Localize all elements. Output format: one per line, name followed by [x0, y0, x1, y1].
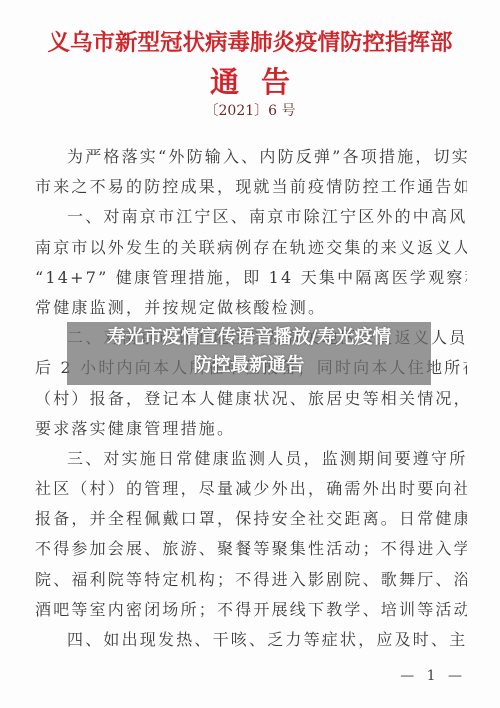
- notice-title: 通告: [0, 64, 500, 100]
- body-line: 不得参加会展、旅游、聚餐等聚集性活动；不得进入学校、养老: [35, 534, 467, 564]
- body-line: 南京市以外发生的关联病例存在轨迹交集的来义返义人员实行: [35, 233, 467, 263]
- body-line: 要求落实健康管理措施。: [35, 414, 467, 444]
- org-title: 义乌市新型冠状病毒肺炎疫情防控指挥部: [0, 28, 500, 58]
- body-line: 院、福利院等特定机构；不得进入影剧院、歌舞厅、浴室、网吧、: [35, 565, 467, 595]
- body-line: 为严格落实“外防输入、内防反弹”各项措施，切实巩固我: [35, 142, 467, 172]
- caption-line-2: 防控最新通告: [67, 352, 431, 380]
- caption-overlay-text: 寿光市疫情宣传语音播放/寿光疫情 防控最新通告: [67, 324, 431, 380]
- body-line: 三、对实施日常健康监测人员，监测期间要遵守所在镇街、: [35, 444, 467, 474]
- body-line: 四、如出现发热、干咳、乏力等症状，应及时、主动向所在: [35, 625, 467, 655]
- body-line: 酒吧等室内密闭场所；不得开展线下教学、培训等活动。: [35, 595, 467, 625]
- body-line: 常健康监测，并按规定做核酸检测。: [35, 293, 467, 323]
- body-line: 报备，并全程佩戴口罩，保持安全社交距离。日常健康监测人员: [35, 504, 467, 534]
- body-line: 社区（村）的管理，尽量减少外出，确需外出时要向社区（村）: [35, 474, 467, 504]
- caption-line-1: 寿光市疫情宣传语音播放/寿光疫情: [67, 324, 431, 352]
- body-line: （村）报备，登记本人健康状况、旅居史等相关情况，并按上级: [35, 384, 467, 414]
- doc-number: 〔2021〕6 号: [0, 101, 500, 121]
- page-number: — 1 —: [400, 668, 466, 684]
- body-line: 一、对南京市江宁区、南京市除江宁区外的中高风险地区、: [35, 202, 467, 232]
- notice-body: 为严格落实“外防输入、内防反弹”各项措施，切实巩固我 市来之不易的防控成果，现就…: [35, 142, 467, 655]
- body-line: 市来之不易的防控成果，现就当前疫情防控工作通告如下：: [35, 172, 467, 202]
- body-line: “14+7” 健康管理措施，即 14 天集中隔离医学观察和 7 天日: [35, 263, 467, 293]
